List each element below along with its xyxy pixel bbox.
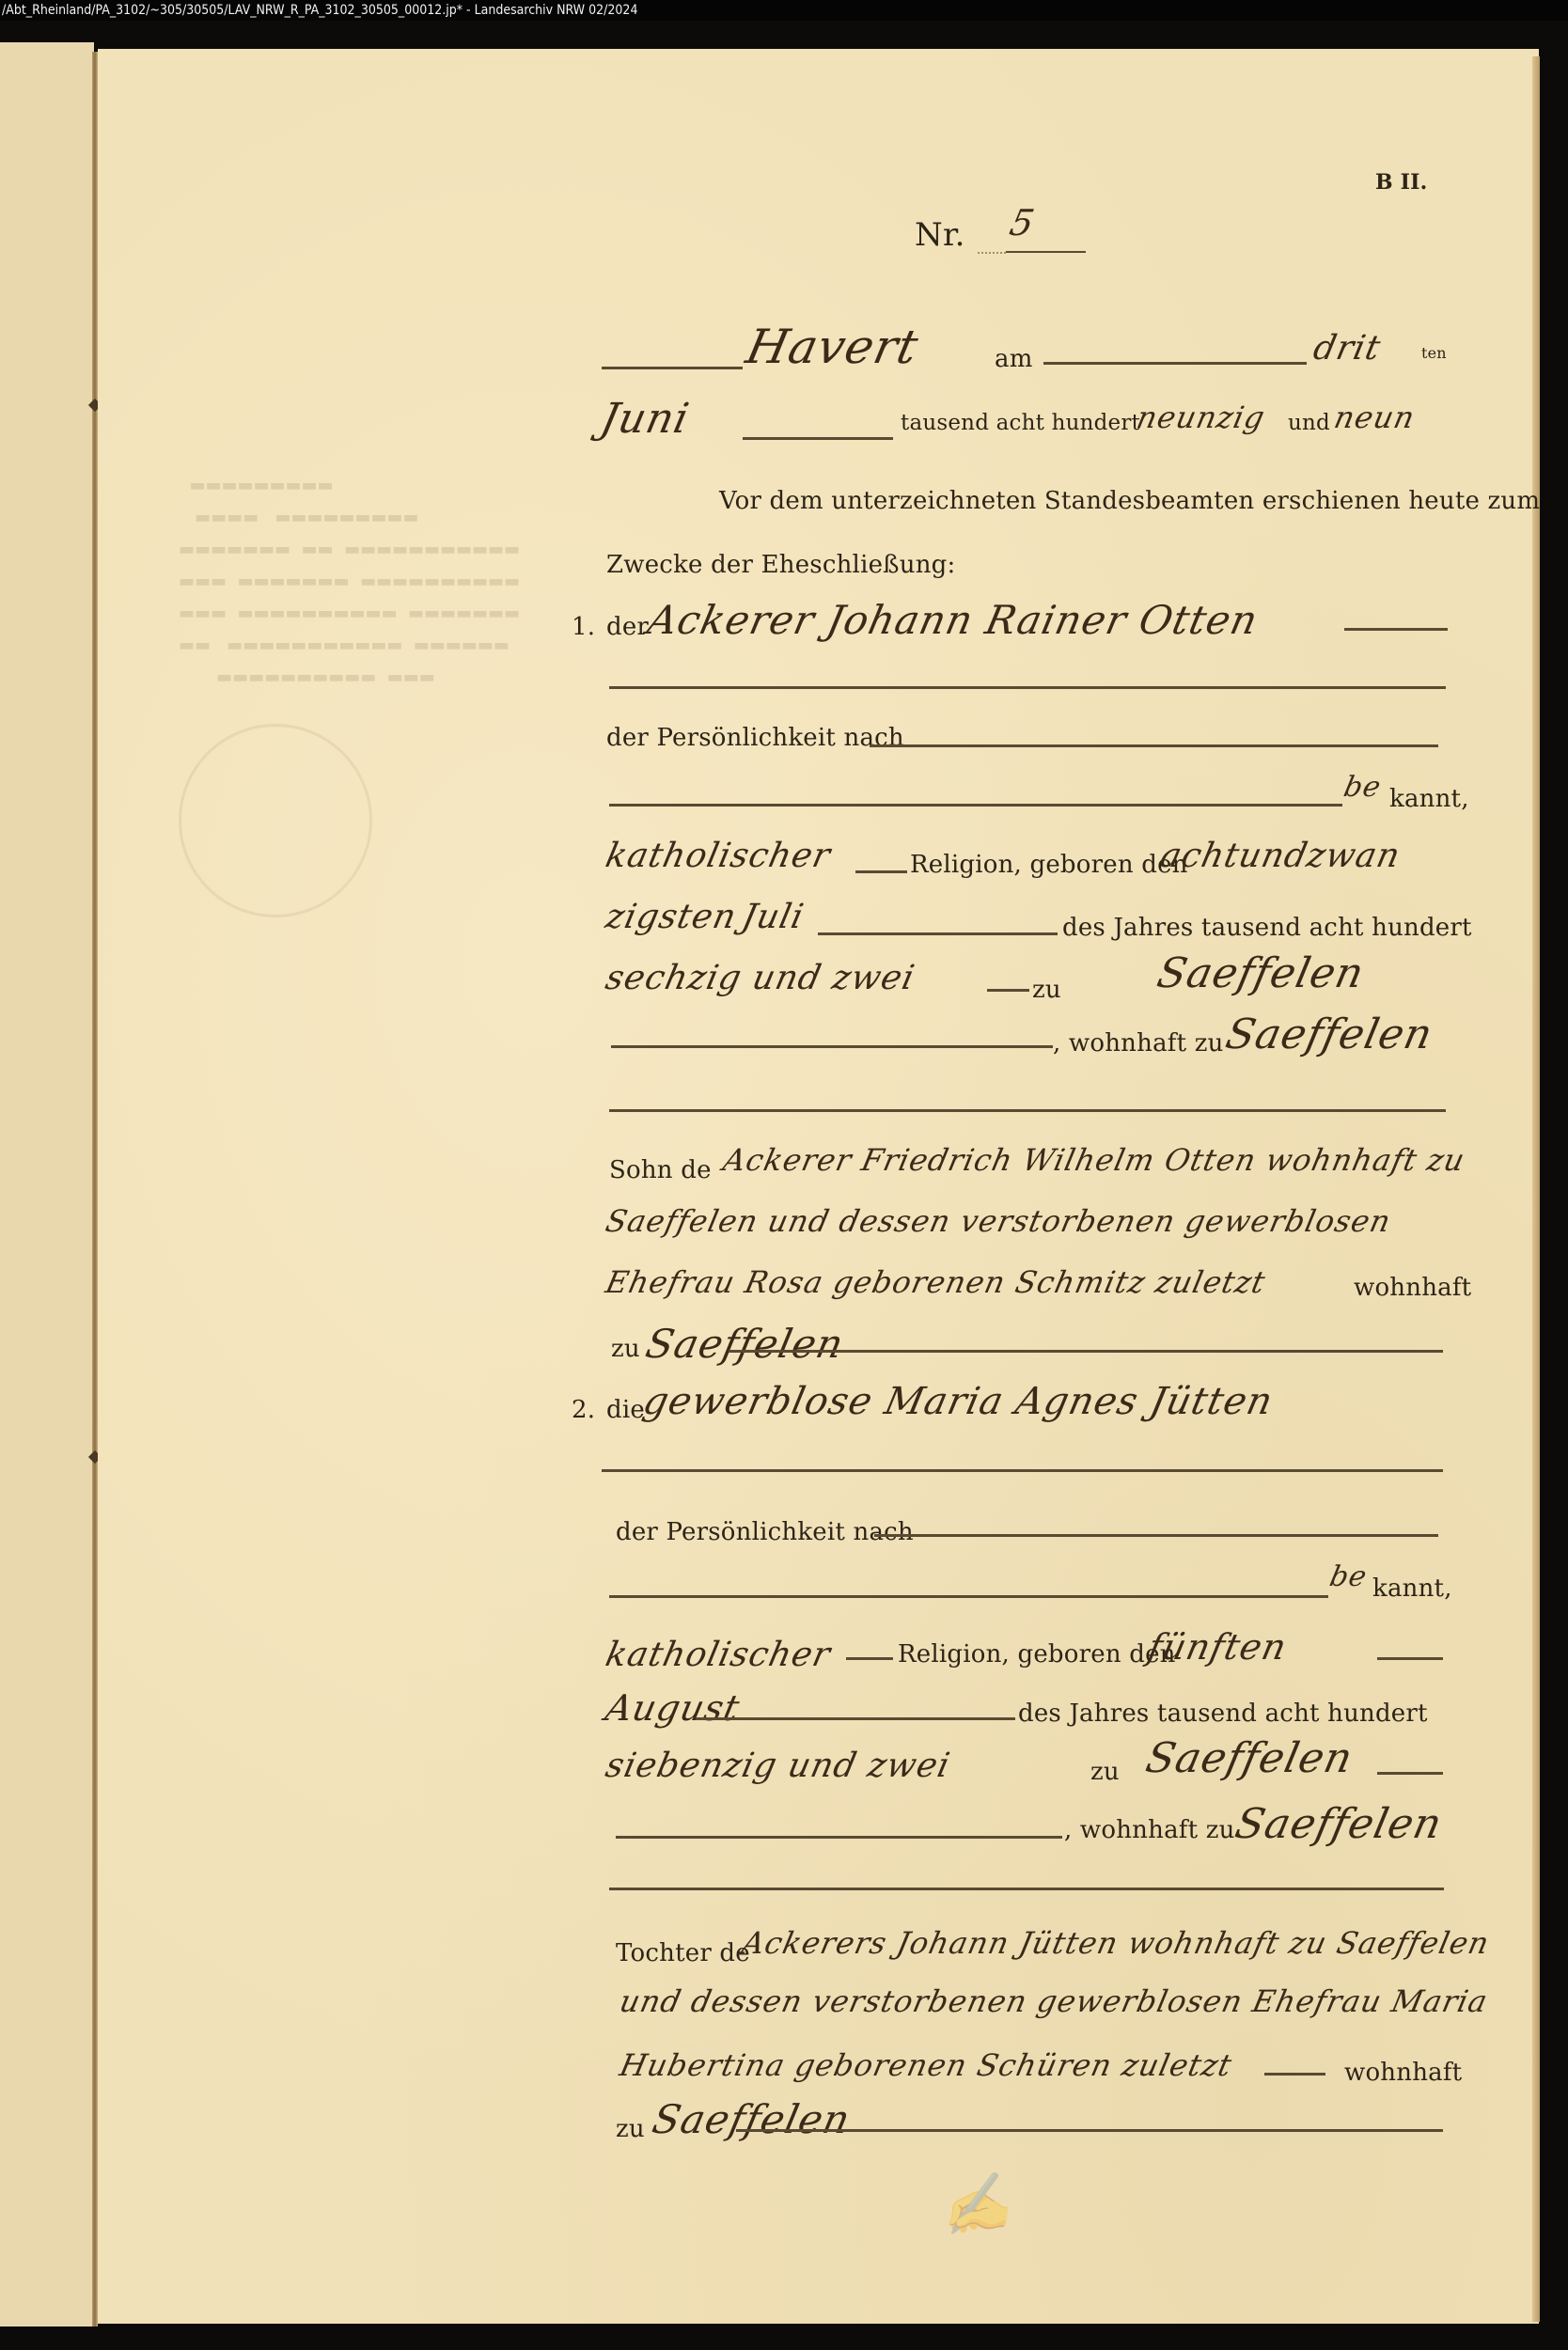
page-edge xyxy=(1532,56,1540,2322)
groom-birth-day-part1: achtundzwan xyxy=(1157,837,1404,875)
ghost-seal-stamp xyxy=(179,724,372,917)
groom-parents-zu-label: zu xyxy=(611,1335,640,1363)
record-number-label: Nr. xyxy=(915,216,965,254)
fill-line xyxy=(870,744,1438,747)
groom-identity-label: der Persönlichkeit nach xyxy=(606,724,904,752)
fill-line xyxy=(729,1350,1443,1353)
groom-birth-place: Saeffelen xyxy=(1153,949,1369,997)
bride-identity-label: der Persönlichkeit nach xyxy=(616,1518,914,1546)
month-value: Juni xyxy=(597,395,694,443)
bleed-through-text: ▬▬▬▬▬▬▬▬▬ ▬▬▬▬ ▬▬▬▬▬▬▬▬▬ ▬▬▬▬▬▬▬ ▬▬ ▬▬▬▬… xyxy=(179,470,520,694)
fill-line xyxy=(987,989,1029,992)
left-page xyxy=(0,42,94,2326)
groom-parents-residence: Saeffelen xyxy=(642,1321,848,1367)
groom-parents-line3: Ehefrau Rosa geborenen Schmitz zuletzt xyxy=(603,1264,1269,1300)
fill-line xyxy=(609,804,1342,807)
groom-parents-line2: Saeffelen und dessen verstorbenen gewerb… xyxy=(603,1203,1394,1239)
window-title: /Abt_Rheinland/PA_3102/~305/30505/LAV_NR… xyxy=(0,0,1568,21)
groom-name: Ackerer Johann Rainer Otten xyxy=(644,597,1262,643)
groom-residence: Saeffelen xyxy=(1222,1010,1437,1058)
am-label: am xyxy=(995,345,1033,373)
groom-religion: katholischer xyxy=(603,837,835,875)
bride-number: 2. xyxy=(572,1396,595,1424)
groom-parent-prefix: Sohn de xyxy=(609,1156,712,1184)
bride-birth-month: August xyxy=(602,1687,744,1729)
bride-parents-line3: Hubertina geborenen Schüren zuletzt xyxy=(617,2047,1235,2083)
bride-name: gewerblose Maria Agnes Jütten xyxy=(639,1380,1277,1423)
fill-line xyxy=(609,1888,1444,1890)
fill-line xyxy=(602,367,743,369)
bride-zu-label: zu xyxy=(1090,1758,1120,1786)
fill-line xyxy=(846,1657,893,1660)
intro-text-line1: Vor dem unterzeichneten Standesbeamten e… xyxy=(719,487,1540,515)
fill-line xyxy=(1377,1772,1443,1775)
document-page xyxy=(98,49,1539,2324)
bleed-through-signature: ✍ xyxy=(935,2167,1014,2243)
groom-birth-month: Juli xyxy=(739,898,808,936)
fill-line xyxy=(616,1836,1062,1839)
bride-residence: Saeffelen xyxy=(1231,1800,1447,1848)
fill-line xyxy=(696,1717,1015,1720)
fill-line xyxy=(743,437,893,440)
year-units-value: neun xyxy=(1331,399,1419,435)
fill-line xyxy=(1264,2073,1325,2076)
groom-known-prefix: be xyxy=(1341,771,1384,804)
bride-parents-zu-label: zu xyxy=(616,2115,645,2143)
bride-year-label: des Jahres tausend acht hundert xyxy=(1018,1700,1428,1728)
year-tens-value: neunzig xyxy=(1134,399,1268,435)
groom-article: der xyxy=(606,613,649,641)
bride-religion: katholischer xyxy=(603,1636,835,1674)
year-printed: tausend acht hundert xyxy=(901,411,1140,435)
groom-parents-line1: Ackerer Friedrich Wilhelm Otten wohnhaft… xyxy=(720,1142,1468,1178)
bride-birth-place: Saeffelen xyxy=(1142,1734,1357,1782)
bride-religion-label: Religion, geboren den xyxy=(898,1640,1176,1668)
bride-residence-label: , wohnhaft zu xyxy=(1064,1816,1235,1844)
fill-line xyxy=(1006,251,1086,253)
bride-parents-residence-label: wohnhaft xyxy=(1344,2059,1462,2087)
groom-residence-label: , wohnhaft zu xyxy=(1053,1029,1224,1057)
dotted-line xyxy=(978,252,1006,254)
fill-line xyxy=(609,1109,1446,1112)
groom-religion-label: Religion, geboren den xyxy=(910,851,1188,879)
groom-birth-year: sechzig und zwei xyxy=(603,959,918,997)
fill-line xyxy=(1377,1657,1443,1660)
fill-line xyxy=(1344,628,1448,631)
groom-zu-label: zu xyxy=(1032,976,1061,1004)
day-value: drit xyxy=(1310,329,1385,368)
intro-text-line2: Zwecke der Eheschließung: xyxy=(606,551,955,579)
bride-known-label: kannt, xyxy=(1372,1574,1452,1603)
place-value: Havert xyxy=(742,320,924,374)
fill-line xyxy=(602,1469,1443,1472)
groom-known-label: kannt, xyxy=(1389,785,1469,813)
bride-birth-year: siebenzig und zwei xyxy=(603,1747,954,1785)
groom-parents-residence-label: wohnhaft xyxy=(1354,1274,1471,1302)
groom-birth-day-part2: zigsten xyxy=(603,898,741,936)
fill-line xyxy=(609,686,1446,689)
groom-year-label: des Jahres tausend acht hundert xyxy=(1062,914,1472,942)
groom-number: 1. xyxy=(572,613,595,641)
form-code: B II. xyxy=(1375,170,1428,195)
bride-parents-line2: und dessen verstorbenen gewerblosen Ehef… xyxy=(617,1983,1491,2019)
fill-line xyxy=(736,2129,1443,2132)
fill-line xyxy=(609,1595,1328,1598)
bride-parents-line1: Ackerers Johann Jütten wohnhaft zu Saeff… xyxy=(739,1925,1493,1961)
fill-line xyxy=(874,1534,1438,1537)
bride-known-prefix: be xyxy=(1326,1560,1370,1593)
fill-line xyxy=(855,870,907,873)
fill-line xyxy=(611,1045,1053,1048)
und-label: und xyxy=(1288,411,1330,435)
fill-line xyxy=(1043,362,1307,365)
bride-birth-day: fünften xyxy=(1144,1626,1291,1668)
fill-line xyxy=(818,932,1058,935)
day-suffix: ten xyxy=(1421,344,1447,362)
bride-parents-residence: Saeffelen xyxy=(649,2096,855,2142)
bride-parent-prefix: Tochter de xyxy=(616,1939,750,1967)
